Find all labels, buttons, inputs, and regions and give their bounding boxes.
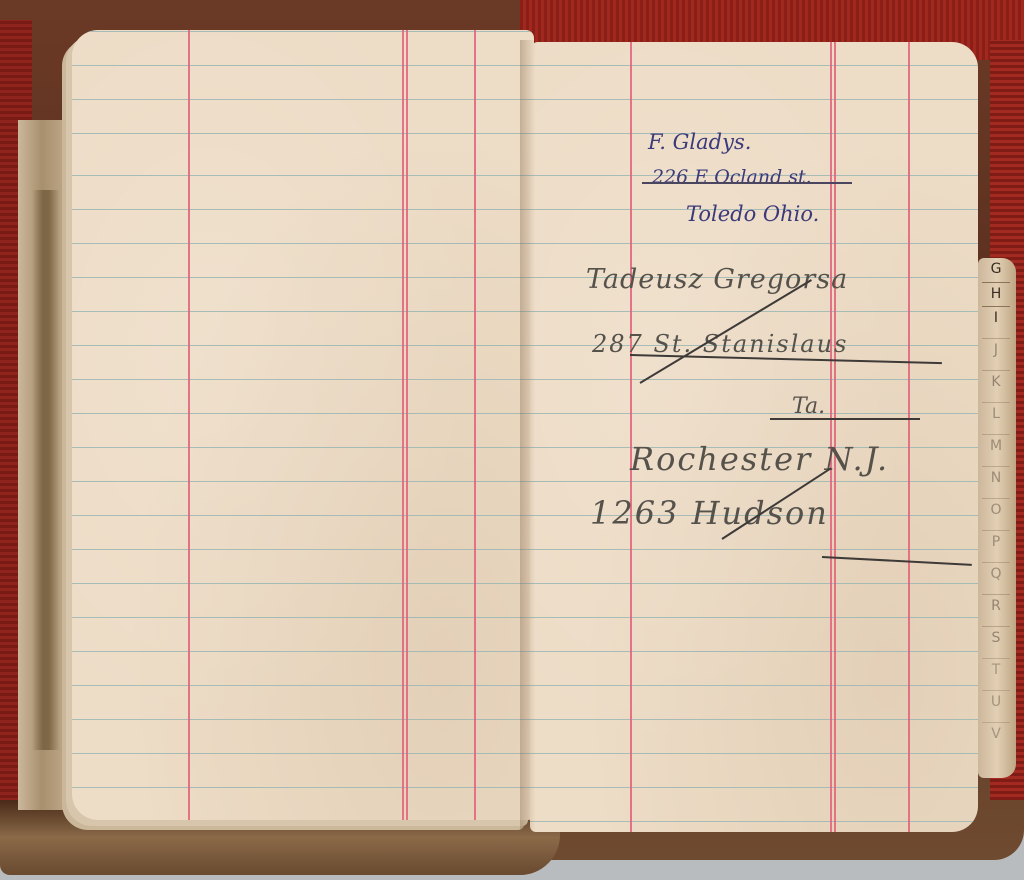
- entry-address-line: Ta.: [792, 394, 825, 419]
- index-tab[interactable]: U: [982, 690, 1010, 713]
- strikethrough: [770, 418, 920, 420]
- left-page: [72, 30, 534, 820]
- strikethrough: [642, 182, 852, 184]
- index-tab[interactable]: T: [982, 658, 1010, 681]
- entry-name: F. Gladys.: [648, 130, 751, 154]
- margin-line: [474, 30, 476, 820]
- alphabet-index-tabs: G H I J K L M N O P Q R S T U V: [978, 258, 1016, 778]
- index-tab[interactable]: K: [982, 370, 1010, 393]
- margin-line: [834, 42, 836, 832]
- page-gutter: [520, 40, 542, 830]
- index-tab[interactable]: R: [982, 594, 1010, 617]
- entry-address-line: 1263 Hudson: [590, 494, 829, 532]
- index-tab[interactable]: S: [982, 626, 1010, 649]
- margin-line: [188, 30, 190, 820]
- index-tab[interactable]: V: [982, 722, 1010, 745]
- water-stain: [32, 190, 60, 750]
- index-tab[interactable]: L: [982, 402, 1010, 425]
- ruled-lines: [530, 42, 978, 832]
- entry-city: Toledo Ohio.: [686, 202, 819, 226]
- index-tab[interactable]: J: [982, 338, 1010, 361]
- notebook-photo: F. Gladys. 226 E Ocland st. Toledo Ohio.…: [0, 0, 1024, 880]
- index-tab[interactable]: M: [982, 434, 1010, 457]
- margin-line: [830, 42, 832, 832]
- entry-city: Rochester N.J.: [630, 440, 889, 478]
- margin-line: [402, 30, 404, 820]
- margin-line: [406, 30, 408, 820]
- entry-address-line: 226 E Ocland st.: [652, 166, 812, 188]
- margin-line: [908, 42, 910, 832]
- index-tab[interactable]: Q: [982, 562, 1010, 585]
- ruled-lines: [72, 30, 534, 820]
- index-tab[interactable]: O: [982, 498, 1010, 521]
- index-tab[interactable]: P: [982, 530, 1010, 553]
- right-page: F. Gladys. 226 E Ocland st. Toledo Ohio.…: [530, 42, 978, 832]
- index-tab[interactable]: H: [982, 282, 1010, 305]
- index-tab[interactable]: I: [982, 306, 1010, 329]
- margin-line: [630, 42, 632, 832]
- index-tab[interactable]: G: [982, 258, 1010, 280]
- index-tab[interactable]: N: [982, 466, 1010, 489]
